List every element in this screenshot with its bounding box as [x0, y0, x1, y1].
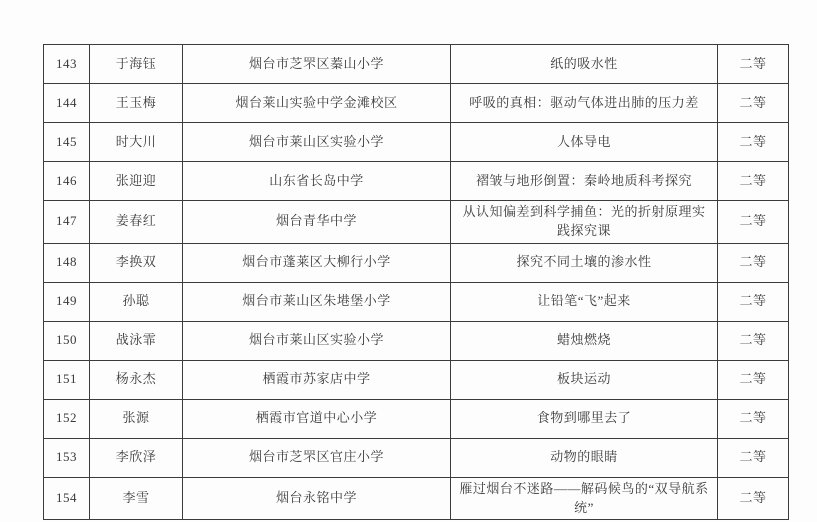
cell-award: 二等 — [718, 201, 789, 244]
cell-project-title: 让铅笔“飞”起来 — [451, 282, 718, 321]
cell-number: 147 — [44, 201, 90, 244]
cell-number: 153 — [44, 438, 90, 477]
table-row: 154 李雪 烟台永铭中学 雁过烟台不迷路——解码候鸟的“双导航系统” 二等 — [44, 477, 789, 520]
cell-number: 148 — [44, 243, 90, 282]
cell-name: 李欣泽 — [90, 438, 183, 477]
cell-school: 烟台市芝罘区蓁山小学 — [183, 45, 451, 84]
award-table: 143 于海钰 烟台市芝罘区蓁山小学 纸的吸水性 二等 144 王玉梅 烟台莱山… — [43, 44, 789, 520]
cell-project-title: 雁过烟台不迷路——解码候鸟的“双导航系统” — [451, 477, 718, 520]
table-row: 150 战泳霏 烟台市莱山区实验小学 蜡烛燃烧 二等 — [44, 321, 789, 360]
cell-project-title: 褶皱与地形倒置：秦岭地质科考探究 — [451, 162, 718, 201]
cell-school: 栖霞市官道中心小学 — [183, 399, 451, 438]
cell-project-title: 纸的吸水性 — [451, 45, 718, 84]
cell-award: 二等 — [718, 123, 789, 162]
cell-school: 烟台市莱山区实验小学 — [183, 123, 451, 162]
table-row: 143 于海钰 烟台市芝罘区蓁山小学 纸的吸水性 二等 — [44, 45, 789, 84]
cell-award: 二等 — [718, 477, 789, 520]
table-row: 148 李换双 烟台市蓬莱区大柳行小学 探究不同土壤的渗水性 二等 — [44, 243, 789, 282]
cell-award: 二等 — [718, 45, 789, 84]
table-row: 147 姜春红 烟台青华中学 从认知偏差到科学捕鱼：光的折射原理实践探究课 二等 — [44, 201, 789, 244]
cell-name: 杨永杰 — [90, 360, 183, 399]
cell-number: 146 — [44, 162, 90, 201]
cell-name: 王玉梅 — [90, 84, 183, 123]
cell-name: 于海钰 — [90, 45, 183, 84]
cell-name: 张源 — [90, 399, 183, 438]
cell-number: 151 — [44, 360, 90, 399]
cell-school: 烟台市蓬莱区大柳行小学 — [183, 243, 451, 282]
cell-number: 152 — [44, 399, 90, 438]
cell-award: 二等 — [718, 282, 789, 321]
cell-award: 二等 — [718, 321, 789, 360]
cell-award: 二等 — [718, 399, 789, 438]
cell-project-title: 蜡烛燃烧 — [451, 321, 718, 360]
cell-name: 战泳霏 — [90, 321, 183, 360]
table-body: 143 于海钰 烟台市芝罘区蓁山小学 纸的吸水性 二等 144 王玉梅 烟台莱山… — [44, 45, 789, 520]
cell-award: 二等 — [718, 360, 789, 399]
cell-number: 150 — [44, 321, 90, 360]
table-row: 149 孙聪 烟台市莱山区朱塂堡小学 让铅笔“飞”起来 二等 — [44, 282, 789, 321]
document-page: 143 于海钰 烟台市芝罘区蓁山小学 纸的吸水性 二等 144 王玉梅 烟台莱山… — [0, 0, 817, 522]
cell-school: 烟台市莱山区朱塂堡小学 — [183, 282, 451, 321]
cell-project-title: 板块运动 — [451, 360, 718, 399]
cell-name: 姜春红 — [90, 201, 183, 244]
cell-name: 李换双 — [90, 243, 183, 282]
cell-project-title: 呼吸的真相：驱动气体进出肺的压力差 — [451, 84, 718, 123]
cell-project-title: 从认知偏差到科学捕鱼：光的折射原理实践探究课 — [451, 201, 718, 244]
table-row: 146 张迎迎 山东省长岛中学 褶皱与地形倒置：秦岭地质科考探究 二等 — [44, 162, 789, 201]
cell-name: 时大川 — [90, 123, 183, 162]
cell-number: 149 — [44, 282, 90, 321]
cell-project-title: 人体导电 — [451, 123, 718, 162]
cell-number: 143 — [44, 45, 90, 84]
table-row: 144 王玉梅 烟台莱山实验中学金滩校区 呼吸的真相：驱动气体进出肺的压力差 二… — [44, 84, 789, 123]
cell-number: 145 — [44, 123, 90, 162]
cell-number: 154 — [44, 477, 90, 520]
cell-name: 李雪 — [90, 477, 183, 520]
cell-school: 栖霞市苏家店中学 — [183, 360, 451, 399]
cell-school: 烟台莱山实验中学金滩校区 — [183, 84, 451, 123]
cell-school: 烟台市莱山区实验小学 — [183, 321, 451, 360]
table-row: 153 李欣泽 烟台市芝罘区官庄小学 动物的眼睛 二等 — [44, 438, 789, 477]
cell-award: 二等 — [718, 162, 789, 201]
cell-school: 烟台永铭中学 — [183, 477, 451, 520]
cell-project-title: 探究不同土壤的渗水性 — [451, 243, 718, 282]
cell-school: 烟台市芝罘区官庄小学 — [183, 438, 451, 477]
cell-award: 二等 — [718, 438, 789, 477]
cell-project-title: 动物的眼睛 — [451, 438, 718, 477]
cell-number: 144 — [44, 84, 90, 123]
cell-name: 孙聪 — [90, 282, 183, 321]
table-row: 145 时大川 烟台市莱山区实验小学 人体导电 二等 — [44, 123, 789, 162]
table-row: 152 张源 栖霞市官道中心小学 食物到哪里去了 二等 — [44, 399, 789, 438]
cell-award: 二等 — [718, 84, 789, 123]
cell-project-title: 食物到哪里去了 — [451, 399, 718, 438]
cell-name: 张迎迎 — [90, 162, 183, 201]
cell-school: 烟台青华中学 — [183, 201, 451, 244]
table-row: 151 杨永杰 栖霞市苏家店中学 板块运动 二等 — [44, 360, 789, 399]
cell-award: 二等 — [718, 243, 789, 282]
cell-school: 山东省长岛中学 — [183, 162, 451, 201]
